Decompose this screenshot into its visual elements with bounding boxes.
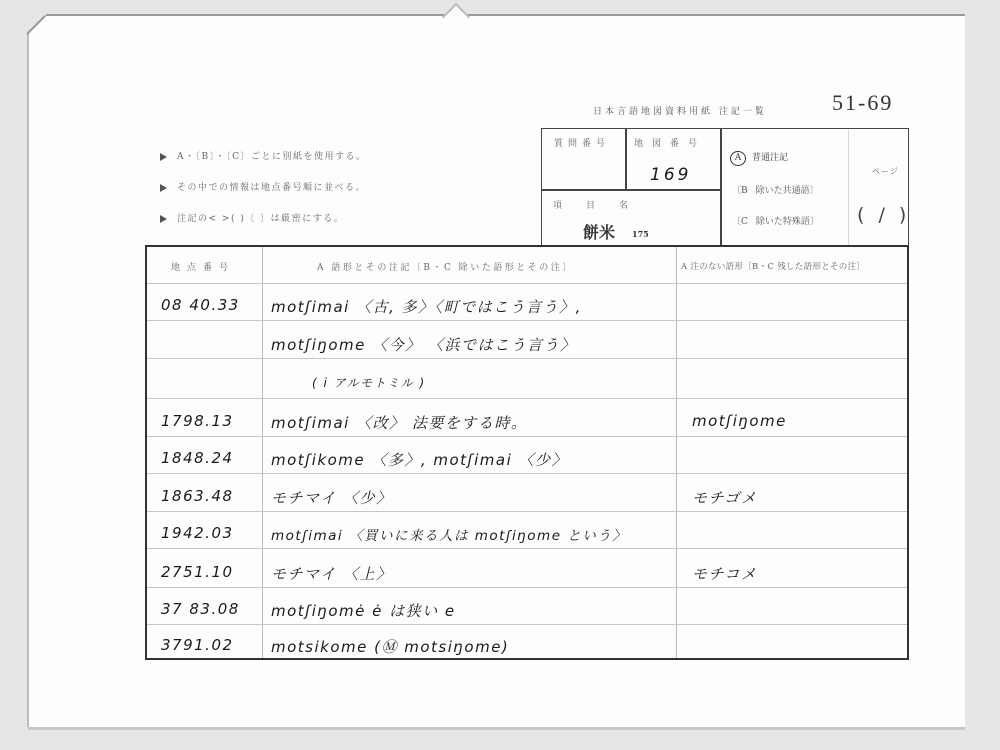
row-line: [147, 283, 907, 284]
row-line: [147, 587, 907, 588]
map-number-label: 地図番号: [634, 136, 706, 149]
row-line: [147, 320, 907, 321]
point-number[interactable]: 1848.24: [161, 449, 234, 467]
option-label: 除いた共通語〕: [756, 186, 819, 196]
form-title: 日本言語地図資料用紙 注記一覧: [593, 104, 767, 117]
option-b[interactable]: 〔B除いた共通語〕: [732, 183, 819, 196]
instruction-text: 注記の< >( )〔 〕は厳密にする。: [177, 214, 344, 224]
row-line: [147, 624, 907, 625]
row-line: [147, 398, 907, 399]
instruction-item: A・〔B〕・〔C〕ごとに別紙を使用する。: [160, 150, 367, 181]
row-line: [147, 473, 907, 474]
point-number[interactable]: 2751.10: [161, 563, 234, 581]
item-code: 175: [632, 229, 649, 239]
card-edge-bottom: [28, 727, 965, 730]
item-name-value[interactable]: 餅米: [583, 220, 615, 243]
form-note[interactable]: motʃiŋome 〈今〉 〈浜ではこう言う〉: [271, 334, 576, 355]
plain-form[interactable]: モチコメ: [692, 563, 757, 584]
divider: [848, 130, 849, 245]
option-mark: 〔C: [732, 217, 748, 227]
form-note[interactable]: motʃimai 〈改〉 法要をする時。: [271, 412, 527, 433]
instruction-text: A・〔B〕・〔C〕ごとに別紙を使用する。: [177, 152, 367, 162]
column-header-point-number: 地点番号: [171, 260, 235, 273]
column-header-plain-form: A 注のない語形〔B・C 残した語形とその注〕: [681, 260, 865, 272]
form-note[interactable]: motsikome (Ⓜ motsiŋome): [271, 636, 509, 657]
form-note[interactable]: motʃimai 〈古, 多〉〈町ではこう言う〉,: [271, 296, 582, 317]
option-label: 普通注記: [752, 153, 788, 163]
instructions: A・〔B〕・〔C〕ごとに別紙を使用する。 その中での情報は地点番号順に並べる。 …: [160, 150, 367, 243]
form-note[interactable]: motʃimai 〈買いに来る人は motʃiŋome という〉: [271, 524, 627, 544]
form-note[interactable]: motʃiŋomė ė は狭い e: [271, 600, 456, 621]
point-number[interactable]: 1863.48: [161, 487, 234, 505]
plain-form[interactable]: モチゴメ: [692, 487, 757, 508]
row-line: [147, 358, 907, 359]
point-number[interactable]: 3791.02: [161, 636, 234, 654]
instruction-item: 注記の< >( )〔 〕は厳密にする。: [160, 212, 367, 243]
item-name-label: 項目名: [553, 198, 652, 211]
form-note[interactable]: motʃikome 〈多〉, motʃimai 〈少〉: [271, 449, 568, 470]
card-edge-left: [27, 33, 29, 727]
column-divider: [676, 247, 677, 658]
divider: [625, 128, 627, 190]
triangle-bullet-icon: [160, 184, 167, 192]
column-header-form-note: A 語形とその注記〔B・C 除いた語形とその注〕: [317, 260, 574, 273]
form-note[interactable]: モチマイ 〈上〉: [271, 563, 392, 584]
form-note[interactable]: モチマイ 〈少〉: [271, 487, 392, 508]
option-a[interactable]: A普通注記: [730, 150, 788, 166]
point-number[interactable]: 08 40.33: [161, 296, 240, 314]
plain-form[interactable]: motʃiŋome: [692, 412, 787, 430]
instruction-item: その中での情報は地点番号順に並べる。: [160, 181, 367, 212]
divider: [720, 128, 722, 247]
row-line: [147, 511, 907, 512]
point-number[interactable]: 37 83.08: [161, 600, 240, 618]
instruction-text: その中での情報は地点番号順に並べる。: [177, 183, 366, 193]
option-label: 除いた特殊語〕: [756, 217, 819, 227]
map-number-value[interactable]: 169: [650, 165, 691, 185]
row-line: [147, 548, 907, 549]
circled-mark: A: [730, 151, 746, 166]
form-number: 51-69: [832, 90, 893, 116]
annotation-table: 地点番号 A 語形とその注記〔B・C 除いた語形とその注〕 A 注のない語形〔B…: [145, 245, 909, 660]
triangle-bullet-icon: [160, 215, 167, 223]
form-note[interactable]: ( i アルモトミル ): [312, 374, 426, 391]
card-edge-top: [46, 14, 965, 16]
row-line: [147, 436, 907, 437]
column-divider: [262, 247, 263, 658]
divider: [541, 189, 721, 191]
page-value[interactable]: ( / ): [857, 204, 910, 226]
option-c[interactable]: 〔C除いた特殊語〕: [732, 214, 819, 227]
page-label: ページ: [872, 166, 899, 177]
point-number[interactable]: 1798.13: [161, 412, 234, 430]
triangle-bullet-icon: [160, 153, 167, 161]
option-mark: 〔B: [732, 186, 748, 196]
question-number-label: 質問番号: [554, 136, 610, 149]
point-number[interactable]: 1942.03: [161, 524, 234, 542]
